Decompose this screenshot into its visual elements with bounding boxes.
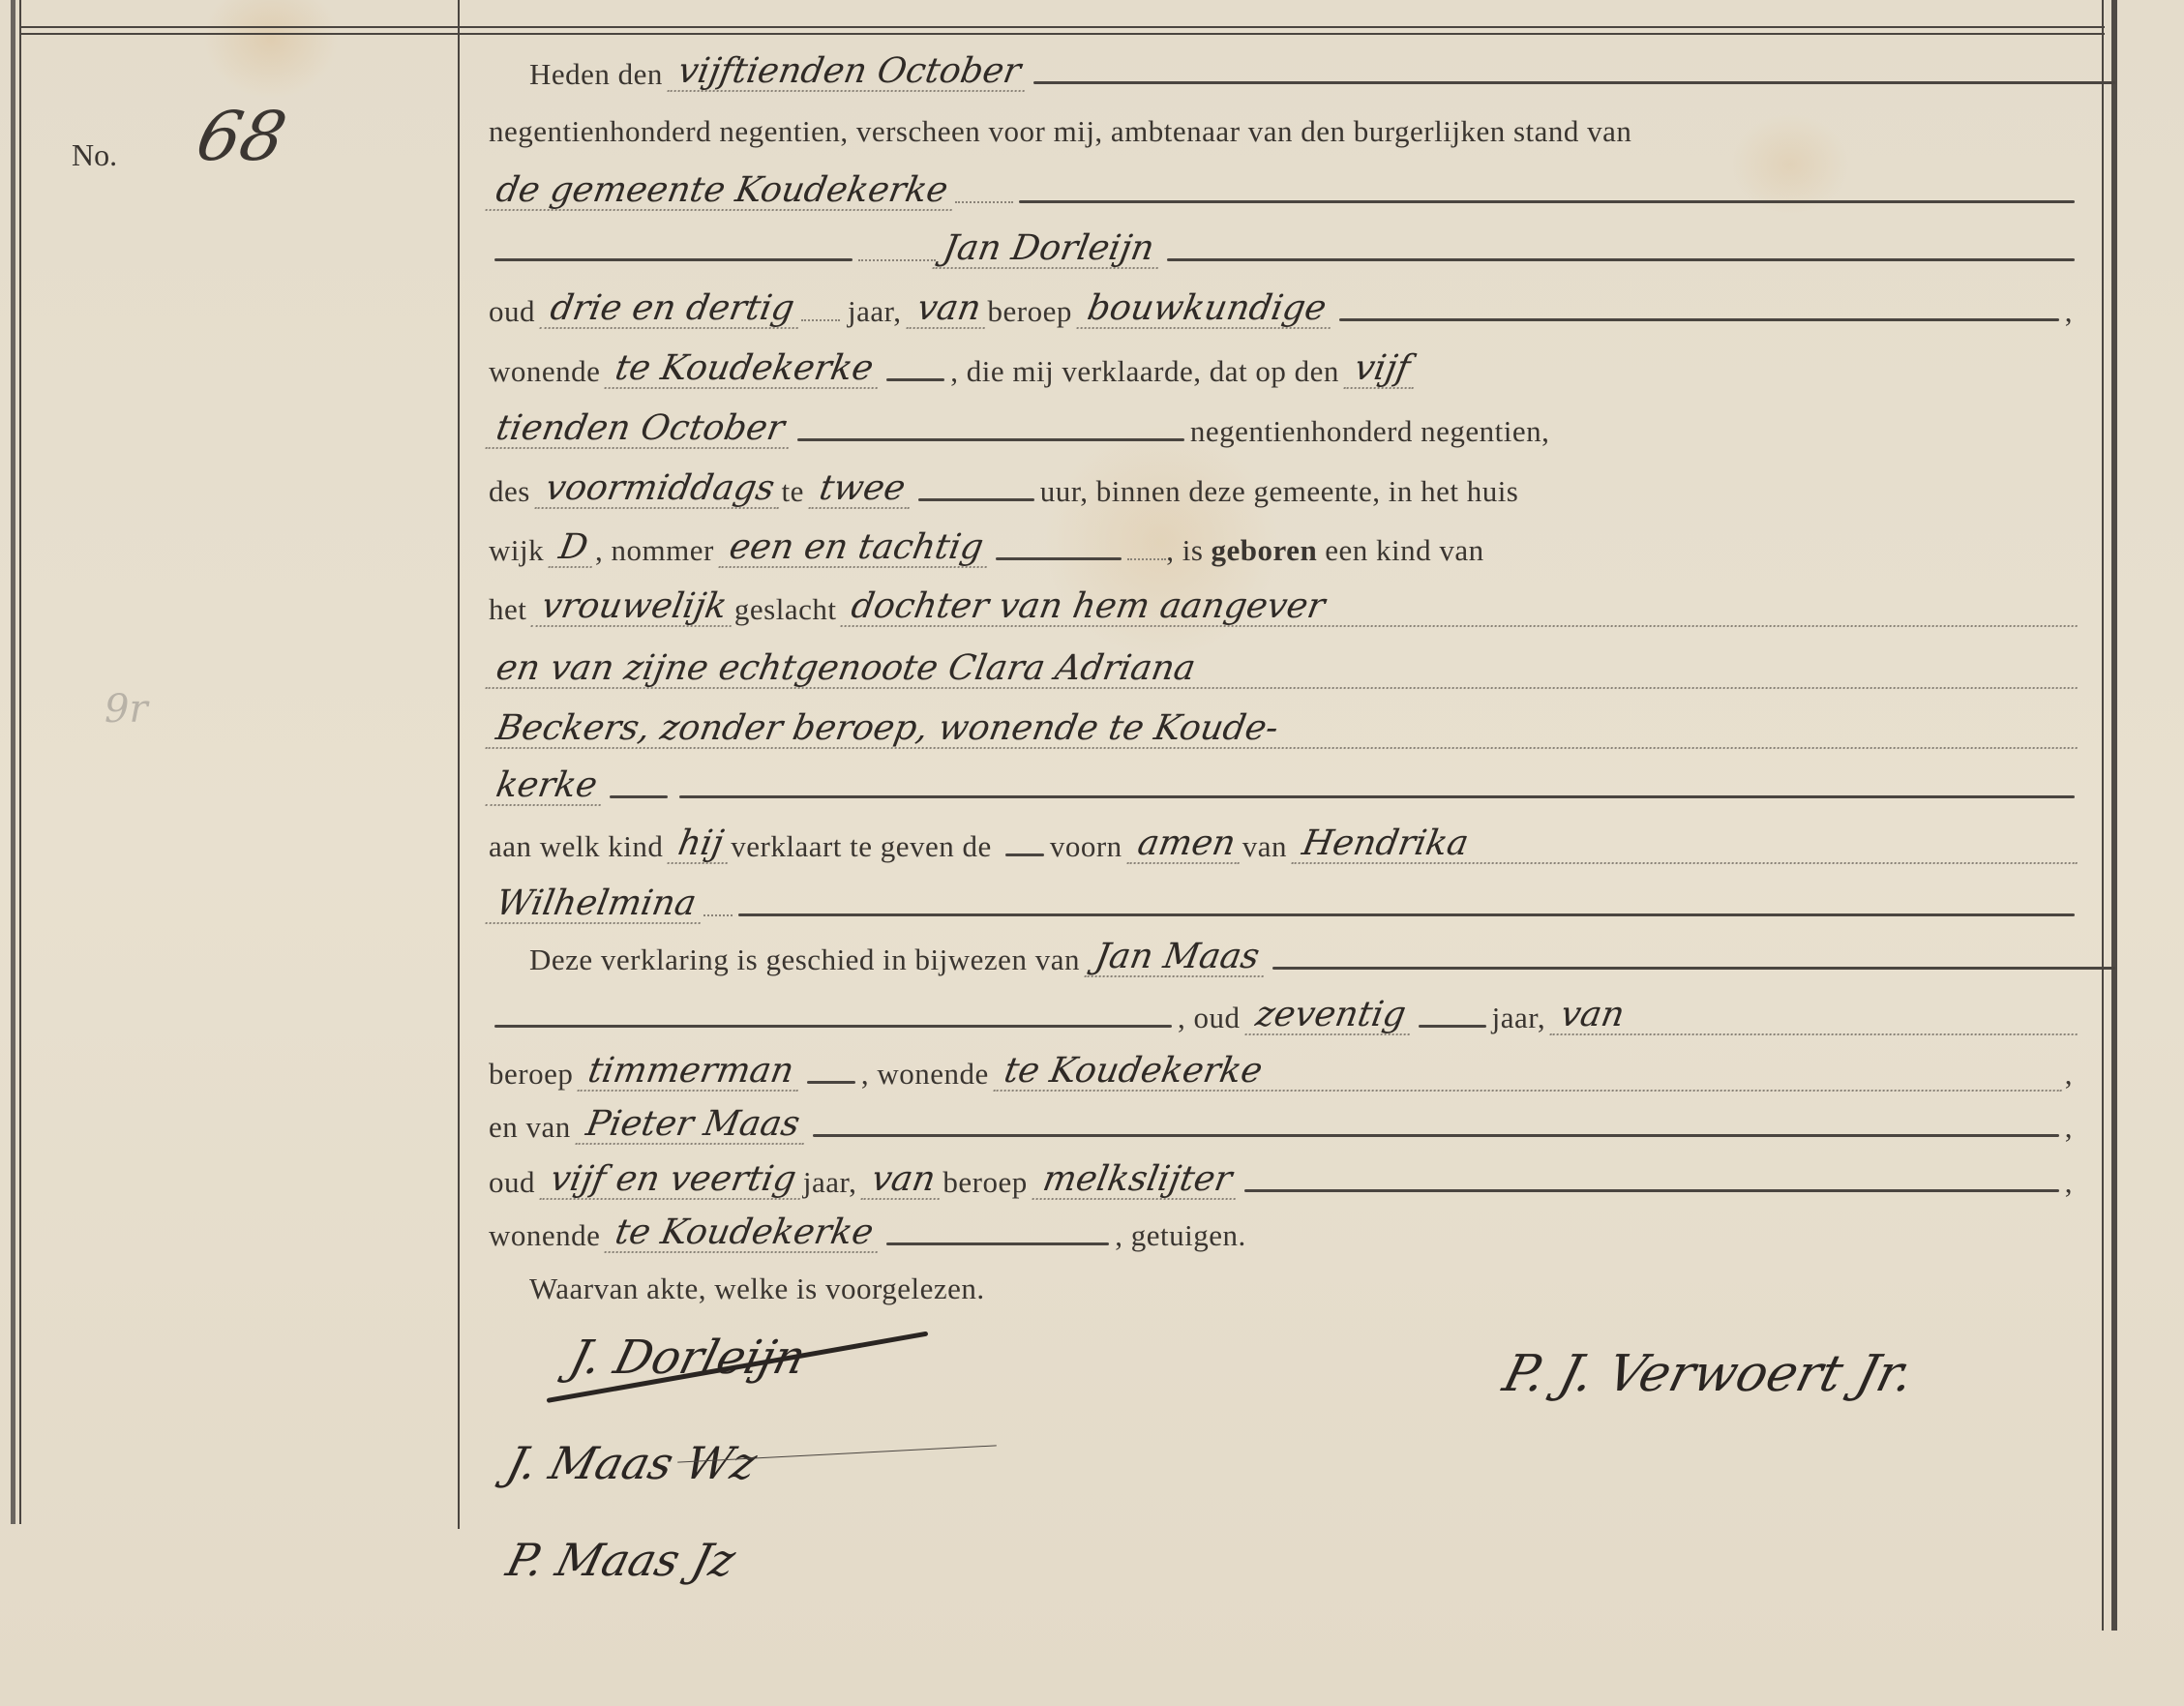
handwritten-declarant-occupation: bouwkundige xyxy=(1076,290,1336,329)
handwritten-witness-1: Jan Maas xyxy=(1084,939,1270,977)
signature-witness-1: J. Maas Wz xyxy=(501,1437,762,1489)
margin-pencil-note: 9r xyxy=(105,687,148,732)
line-witness-1-age: , oud zeventig jaar, van xyxy=(489,987,2080,1035)
line-declarant-name: Jan Dorleijn xyxy=(489,221,2080,269)
handwritten-municipality: de gemeente Koudekerke xyxy=(485,172,958,211)
handwritten-sex: vrouwelijk xyxy=(531,588,738,627)
handwritten-witness-2: Pieter Maas xyxy=(575,1106,810,1145)
handwritten-declarant-name: Jan Dorleijn xyxy=(932,230,1164,269)
line-municipality: de gemeente Koudekerke xyxy=(489,163,2080,211)
signature-witness-2: P. Maas Jz xyxy=(501,1534,740,1586)
line-witness-1-occupation: beroep timmerman , wonende te Koudekerke… xyxy=(489,1043,2080,1092)
line-witness-2-residence: wonende te Koudekerke , getuigen. xyxy=(489,1205,2080,1253)
line-given-names-cont: Wilhelmina xyxy=(489,876,2080,924)
line-mother: en van zijne echtgenoote Clara Adriana xyxy=(489,641,2080,689)
line-declarant-age-occupation: oud drie en dertig jaar, van beroep bouw… xyxy=(489,281,2080,329)
top-rule xyxy=(19,26,2105,28)
line-birth-time: des voormiddags te twee uur, binnen deze… xyxy=(489,461,2080,509)
line-witness-2-age-occupation: oud vijf en veertig jaar, van beroep mel… xyxy=(489,1152,2080,1200)
right-border-thick xyxy=(2111,0,2117,1631)
line-witness-2: en van Pieter Maas , xyxy=(489,1096,2080,1145)
line-date-of-declaration: Heden den vijftienden October xyxy=(489,44,2121,92)
entry-number: 68 xyxy=(190,97,293,176)
document-page: No. 68 9r Heden den vijftienden October … xyxy=(0,0,2184,1706)
handwritten-child-first-name: Hendrika xyxy=(1292,825,2084,864)
left-border-thin xyxy=(19,0,21,1524)
line-mother-occupation: Beckers, zonder beroep, wonende te Koude… xyxy=(489,701,2080,749)
handwritten-date: vijftienden October xyxy=(667,53,1031,92)
right-border-thin xyxy=(2102,0,2104,1631)
line-declarant-residence: wonende te Koudekerke , die mij verklaar… xyxy=(489,341,2080,389)
handwritten-mother: en van zijne echtgenoote Clara Adriana xyxy=(485,650,2083,689)
left-border-thick xyxy=(11,0,15,1524)
column-divider xyxy=(458,0,460,1529)
line-registrar-intro: negentienhonderd negentien, verscheen vo… xyxy=(489,101,2080,149)
line-sex: het vrouwelijk geslacht dochter van hem … xyxy=(489,579,2080,627)
handwritten-child-second-name: Wilhelmina xyxy=(485,885,706,924)
signature-registrar: P. J. Verwoert Jr. xyxy=(1498,1345,1920,1403)
line-witness-intro: Deze verklaring is geschied in bijwezen … xyxy=(489,929,2121,977)
top-rule-double xyxy=(19,33,2105,35)
line-birth-address: wijk D , nommer een en tachtig , is gebo… xyxy=(489,520,2080,568)
entry-number-label: No. xyxy=(72,137,117,173)
line-mother-residence-cont: kerke xyxy=(489,758,2080,806)
line-birth-date: tienden October negentienhonderd negenti… xyxy=(489,401,2080,449)
handwritten-birth-date: tienden October xyxy=(485,410,794,449)
line-given-names: aan welk kind hij verklaart te geven de … xyxy=(489,816,2080,864)
